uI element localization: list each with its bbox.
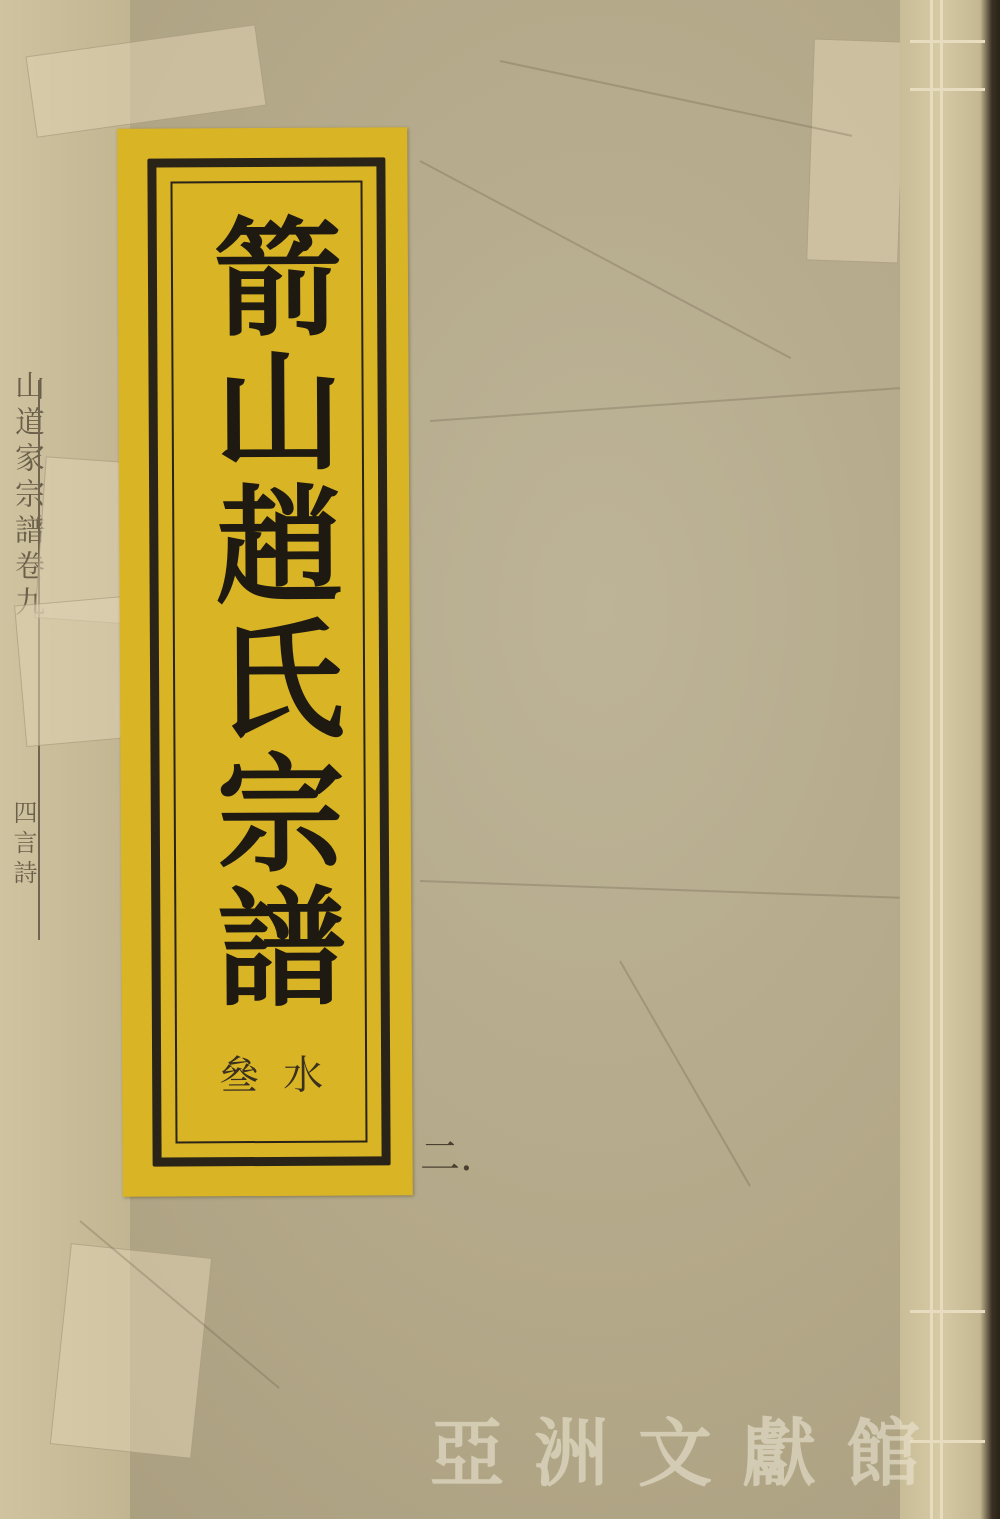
binding-thread (910, 88, 985, 91)
left-page-text-bottom: 四言詩 (6, 800, 41, 890)
title-label: 箭山趙氏宗譜 叄 水 (117, 127, 413, 1197)
volume-number: 叄 (219, 1044, 259, 1101)
volume-series: 水 (283, 1044, 323, 1101)
book-spine (900, 0, 1000, 1519)
binding-thread (910, 1310, 985, 1313)
handwritten-mark: 二. (420, 1125, 473, 1182)
paper-patch (806, 38, 906, 263)
paper-patch (50, 1243, 212, 1459)
label-frame-outer: 箭山趙氏宗譜 叄 水 (147, 157, 390, 1166)
binding-thread (910, 40, 985, 43)
label-frame-inner: 箭山趙氏宗譜 叄 水 (170, 180, 367, 1143)
volume-markers: 叄 水 (177, 1043, 365, 1101)
library-watermark: 亞洲文獻館 (430, 1395, 950, 1501)
book-title: 箭山趙氏宗譜 (197, 211, 341, 1016)
binding-thread (930, 0, 933, 1519)
binding-thread (940, 0, 943, 1519)
